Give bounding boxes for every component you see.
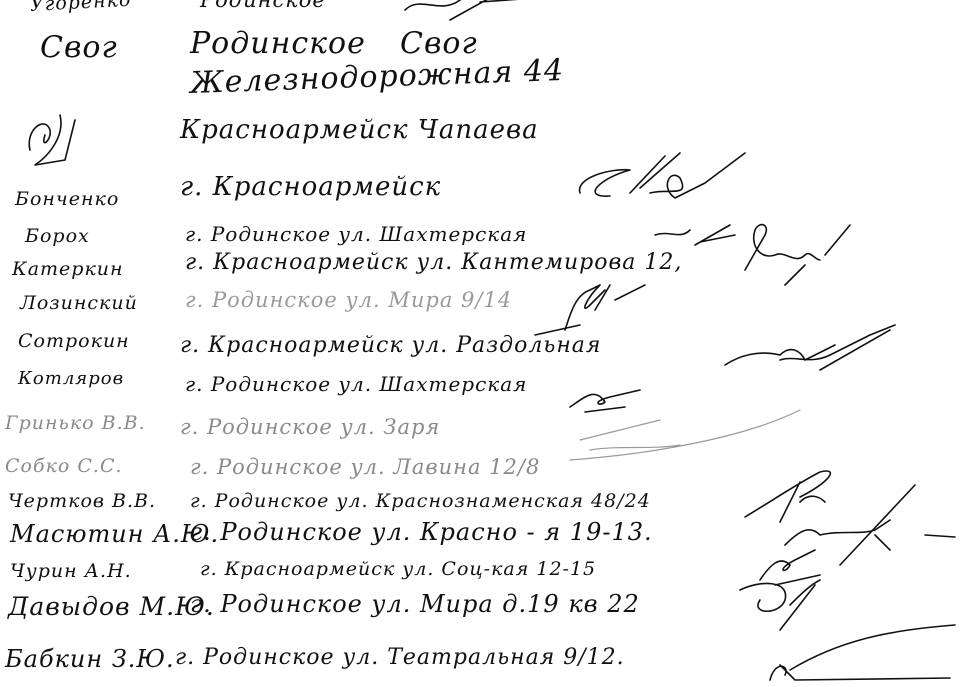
row-address: г. Красноармейск ул. Раздольная: [180, 333, 602, 358]
row-address: Красноармейск Чапаева: [180, 115, 539, 145]
row-address: г. Красноармейск: [180, 172, 441, 202]
row-address: г. Родинское ул. Красно - я 19-13.: [190, 518, 653, 546]
row-address: Родинское: [190, 26, 366, 61]
row-address: г. Родинское ул. Шахтерская: [185, 372, 527, 396]
row-name: Бабкин З.Ю.: [5, 645, 175, 673]
row-address: Родинское: [200, 0, 326, 12]
signature-scribble: [570, 148, 770, 218]
row-address: г. Родинское ул. Мира д.19 кв 22: [190, 590, 640, 618]
signature-scribble: [760, 620, 960, 687]
row-name: Бонченко: [15, 188, 119, 210]
row-name: Сотрокин: [18, 330, 130, 352]
row-name: Собко С.С.: [5, 455, 123, 477]
row-address: г. Красноармейск ул. Соц-кая 12-15: [200, 558, 596, 580]
row-name: Гринько В.В.: [5, 412, 146, 434]
row-name: Катеркин: [12, 258, 124, 280]
signature-scribble: [720, 320, 900, 380]
row-name: Давыдов М.Ю.: [8, 592, 215, 621]
signature-scribble: [560, 400, 820, 470]
signature-initials: [20, 110, 90, 170]
row-name: Угоренко: [29, 0, 131, 16]
scanned-document: Угоренко Родинское Свог Родинское Свог Ж…: [0, 0, 960, 687]
row-address: г. Родинское ул. Заря: [180, 415, 440, 439]
row-address: г. Красноармейск ул. Кантемирова 12,: [185, 250, 682, 275]
row-name: Чертков В.В.: [8, 490, 156, 512]
row-name: Борох: [25, 225, 90, 247]
row-address: г. Родинское ул. Краснознаменская 48/24: [190, 490, 651, 512]
row-address: г. Родинское ул. Театральная 9/12.: [175, 645, 625, 670]
row-name: Свог: [40, 30, 118, 65]
row-name: Масютин А.Ю.: [10, 520, 219, 548]
signature-scribble: [530, 275, 650, 335]
row-address: г. Родинское ул. Мира 9/14: [185, 288, 512, 312]
row-name: Лозинский: [20, 292, 138, 314]
row-name: Котляров: [18, 368, 124, 389]
row-name: Чурин А.Н.: [10, 560, 132, 582]
signature-scribble: [725, 215, 855, 295]
row-address: г. Родинское ул. Шахтерская: [185, 222, 527, 246]
row-address: г. Родинское ул. Лавина 12/8: [190, 455, 540, 479]
